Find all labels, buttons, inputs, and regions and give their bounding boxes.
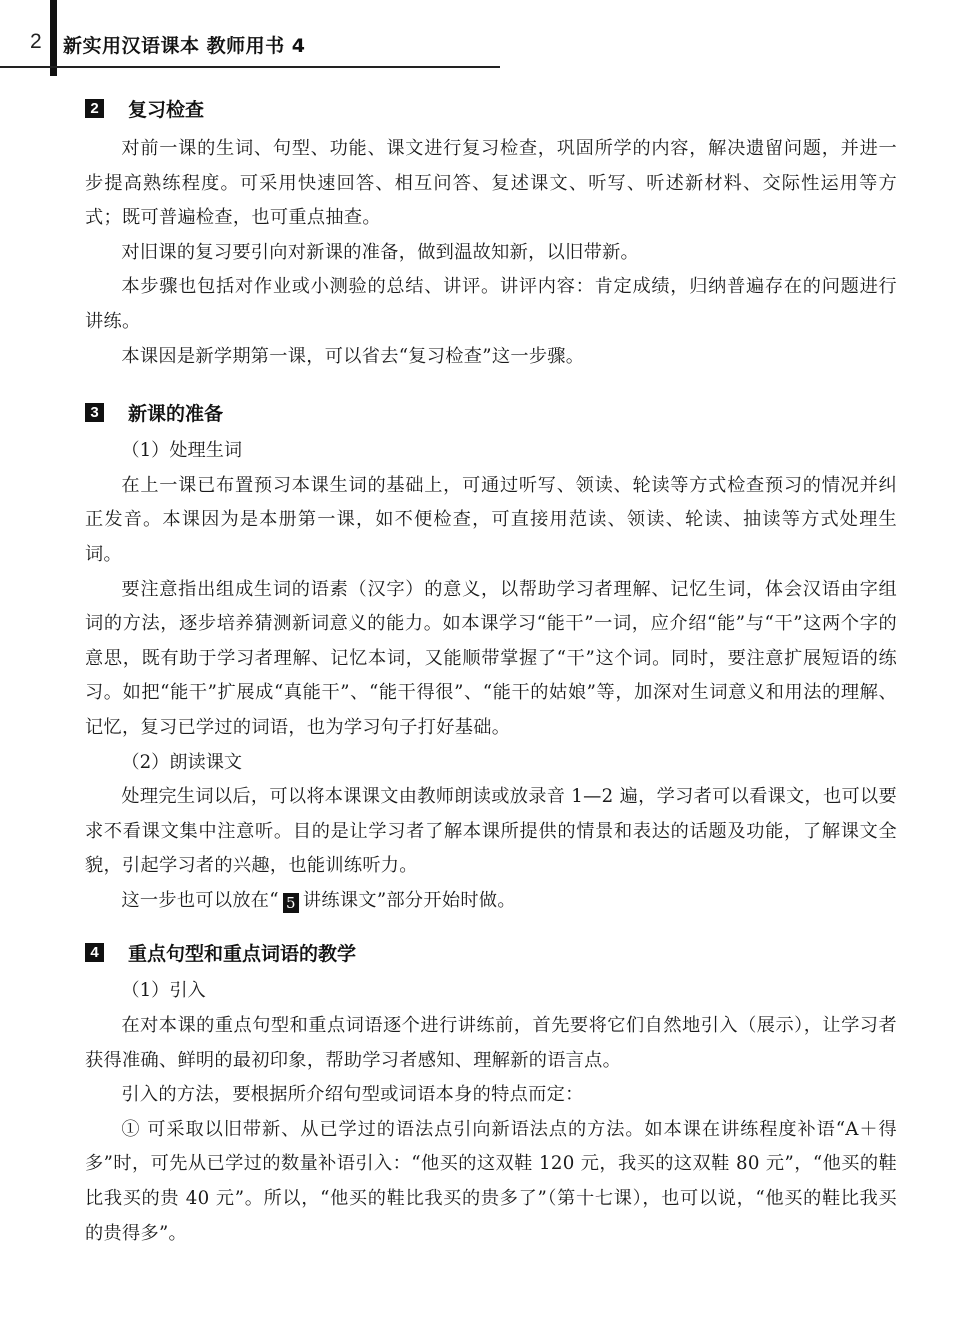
section-number-badge: 4 [85, 943, 104, 962]
section-title: 复习检查 [128, 95, 204, 122]
running-header: 2 新实用汉语课本 教师用书 4 [0, 0, 960, 80]
subsection-label: （1）引入 [85, 974, 897, 1009]
paragraph: ① 可采取以旧带新、从已学过的语法点引向新语法点的方法。如本课在讲练程度补语“A… [85, 1113, 897, 1251]
text: 这一步也可以放在“ [121, 890, 279, 911]
paragraph: 在对本课的重点句型和重点词语逐个进行讲练前，首先要将它们自然地引入（展示），让学… [85, 1009, 897, 1078]
paragraph: 在上一课已布置预习本课生词的基础上，可通过听写、领读、轮读等方式检查预习的情况并… [85, 469, 897, 573]
page-number: 2 [30, 30, 42, 54]
section-heading-4: 4 重点句型和重点词语的教学 [85, 936, 897, 968]
text: 讲练课文”部分开始时做。 [303, 890, 516, 911]
page-body: 2 复习检查 对前一课的生词、句型、功能、课文进行复习检查，巩固所学的内容，解决… [85, 92, 897, 1251]
section-number-badge: 3 [85, 403, 104, 422]
paragraph: 本步骤也包括对作业或小测验的总结、讲评。讲评内容：肯定成绩，归纳普遍存在的问题进… [85, 270, 897, 339]
book-title: 新实用汉语课本 教师用书 4 [63, 31, 305, 58]
header-vertical-bar [50, 0, 57, 76]
section-number-badge: 2 [85, 99, 104, 118]
section-heading-3: 3 新课的准备 [85, 396, 897, 428]
section-title: 新课的准备 [128, 399, 223, 426]
paragraph: 处理完生词以后，可以将本课课文由教师朗读或放录音 1—2 遍，学习者可以看课文，… [85, 780, 897, 884]
subsection-label: （2）朗读课文 [85, 746, 897, 781]
paragraph: 对旧课的复习要引向对新课的准备，做到温故知新，以旧带新。 [85, 236, 897, 271]
paragraph: 要注意指出组成生词的语素（汉字）的意义，以帮助学习者理解、记忆生词，体会汉语由字… [85, 573, 897, 746]
subsection-label: （1）处理生词 [85, 434, 897, 469]
paragraph: 对前一课的生词、句型、功能、课文进行复习检查，巩固所学的内容，解决遗留问题，并进… [85, 132, 897, 236]
header-rule [0, 66, 500, 68]
section-heading-2: 2 复习检查 [85, 92, 897, 124]
section-title: 重点句型和重点词语的教学 [128, 939, 356, 966]
section-ref-badge: 5 [283, 893, 299, 913]
paragraph: 本课因是新学期第一课，可以省去“复习检查”这一步骤。 [85, 340, 897, 375]
paragraph: 引入的方法，要根据所介绍句型或词语本身的特点而定： [85, 1078, 897, 1113]
paragraph-with-reference: 这一步也可以放在“5讲练课文”部分开始时做。 [85, 884, 897, 919]
